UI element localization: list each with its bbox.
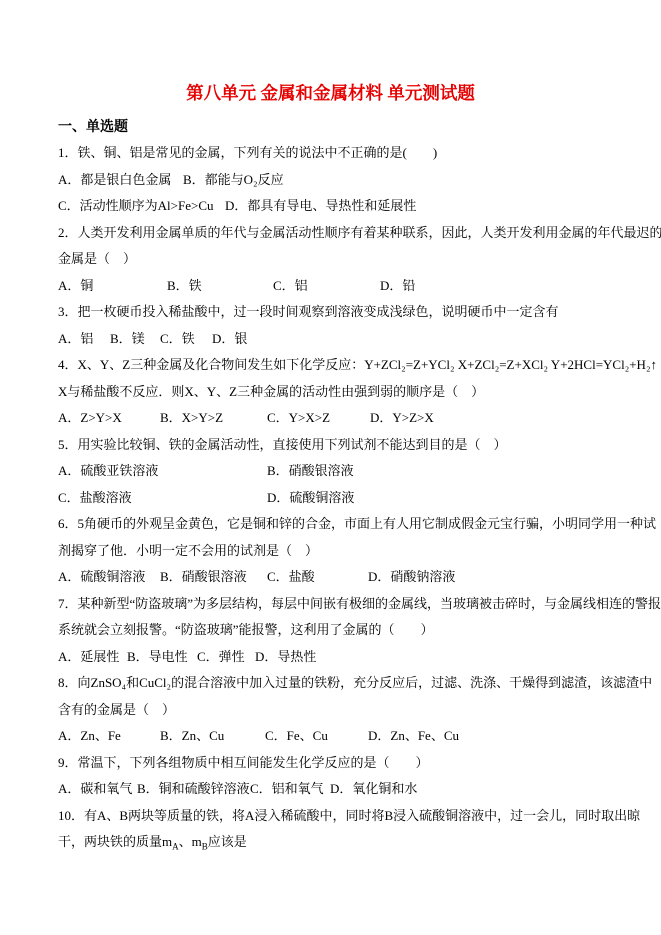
q4-option-a: A．Z>Y>X bbox=[58, 408, 122, 428]
q9-stem: 9．常温下，下列各组物质中相互间能发生化学反应的是（ ） bbox=[58, 753, 647, 780]
q6-option-b: B．硝酸银溶液 bbox=[160, 567, 247, 587]
q5-stem: 5．用实验比较铜、铁的金属活动性，直接使用下列试剂不能达到目的是（ ） bbox=[58, 435, 647, 462]
q8-option-d: D．Zn、Fe、Cu bbox=[368, 726, 459, 746]
page-title: 第八单元 金属和金属材料 单元测试题 bbox=[0, 0, 661, 104]
q10-stem-line2: 干，两块铁的质量mA、mB应该是 bbox=[58, 832, 647, 859]
q6-stem-line2: 剂揭穿了他．小明一定不会用的试剂是（ ） bbox=[58, 541, 647, 568]
q4-option-d: D．Y>Z>X bbox=[370, 408, 434, 428]
q6-stem-line1: 6．5角硬币的外观呈金黄色，它是铜和锌的合金，市面上有人用它制成假金元宝行骗，小… bbox=[58, 514, 647, 541]
q7-stem-line2: 系统就会立刻报警。“防盗玻璃”能报警，这利用了金属的（ ） bbox=[58, 620, 647, 647]
test-paper-page: 第八单元 金属和金属材料 单元测试题 一、单选题 1．铁、铜、铝是常见的金属，下… bbox=[0, 0, 661, 935]
q2-stem-line2: 金属是（ ） bbox=[58, 249, 647, 276]
q9-options-row: A．碳和氧气 B．铜和硫酸锌溶液 C．铝和氧气 D．氧化铜和水 bbox=[58, 779, 647, 806]
q2-options-row: A．铜 B．铁 C．铝 D．铅 bbox=[58, 276, 647, 303]
q4-stem-line1: 4．X、Y、Z三种金属及化合物间发生如下化学反应：Y+ZCl₂=Z+YCl₂ X… bbox=[58, 355, 647, 382]
q3-stem: 3．把一枚硬币投入稀盐酸中，过一段时间观察到溶液变成浅绿色，说明硬币中一定含有 bbox=[58, 302, 647, 329]
q5-options-row2: C．盐酸溶液 D．硫酸铜溶液 bbox=[58, 488, 647, 515]
q8-option-c: C．Fe、Cu bbox=[265, 726, 328, 746]
q7-stem-line1: 7．某种新型“防盗玻璃”为多层结构，每层中间嵌有极细的金属线，当玻璃被击碎时，与… bbox=[58, 594, 647, 621]
q7-option-c: C．弹性 bbox=[197, 647, 245, 667]
q6-option-a: A．硫酸铜溶液 bbox=[58, 567, 145, 587]
q6-option-d: D．硝酸钠溶液 bbox=[368, 567, 455, 587]
q8-option-b: B．Zn、Cu bbox=[160, 726, 224, 746]
q3-option-c: C．铁 bbox=[160, 329, 195, 349]
q8-options-row: A．Zn、Fe B．Zn、Cu C．Fe、Cu D．Zn、Fe、Cu bbox=[58, 726, 647, 753]
q5-options-row1: A．硫酸亚铁溶液 B．硝酸银溶液 bbox=[58, 461, 647, 488]
q7-option-b: B．导电性 bbox=[127, 647, 188, 667]
q7-option-a: A．延展性 bbox=[58, 647, 119, 667]
q1-options-row1: A．都是银白色金属 B．都能与O₂反应 bbox=[58, 170, 647, 197]
q1-option-c: C．活动性顺序为Al>Fe>Cu bbox=[58, 196, 214, 216]
q10-line2-text: 、m bbox=[179, 834, 202, 849]
q6-option-c: C．盐酸 bbox=[267, 567, 315, 587]
q8-option-a: A．Zn、Fe bbox=[58, 726, 121, 746]
q8-stem-line2: 含有的金属是（ ） bbox=[58, 700, 647, 727]
q4-option-c: C．Y>X>Z bbox=[267, 408, 330, 428]
q5-option-b: B．硝酸银溶液 bbox=[267, 461, 354, 481]
q3-options-row: A．铝 B．镁 C．铁 D．银 bbox=[58, 329, 647, 356]
q8-stem-line1: 8．向ZnSO₄和CuCl₂的混合溶液中加入过量的铁粉，充分反应后，过滤、洗涤、… bbox=[58, 673, 647, 700]
q7-options-row: A．延展性 B．导电性 C．弹性 D．导热性 bbox=[58, 647, 647, 674]
q4-stem-line2: X与稀盐酸不反应．则X、Y、Z三种金属的活动性由强到弱的顺序是（ ） bbox=[58, 382, 647, 409]
q1-stem: 1．铁、铜、铝是常见的金属，下列有关的说法中不正确的是( ) bbox=[58, 143, 647, 170]
q4-option-b: B．X>Y>Z bbox=[160, 408, 223, 428]
q10-stem-line1: 10．有A、B两块等质量的铁，将A浸入稀硫酸中，同时将B浸入硫酸铜溶液中，过一会… bbox=[58, 806, 647, 833]
q5-option-d: D．硫酸铜溶液 bbox=[267, 488, 354, 508]
q10-line2-text: 应该是 bbox=[208, 834, 247, 849]
q2-option-d: D．铅 bbox=[380, 276, 415, 296]
q9-option-c: C．铝和氧气 bbox=[250, 779, 324, 799]
q3-option-b: B．镁 bbox=[110, 329, 145, 349]
q4-options-row: A．Z>Y>X B．X>Y>Z C．Y>X>Z D．Y>Z>X bbox=[58, 408, 647, 435]
q2-stem-line1: 2．人类开发利用金属单质的年代与金属活动性顺序有着某种联系，因此，人类开发利用金… bbox=[58, 223, 647, 250]
q9-option-b: B．铜和硫酸锌溶液 bbox=[137, 779, 250, 799]
q1-options-row2: C．活动性顺序为Al>Fe>Cu D．都具有导电、导热性和延展性 bbox=[58, 196, 647, 223]
q1-option-a: A．都是银白色金属 bbox=[58, 170, 171, 190]
q6-options-row: A．硫酸铜溶液 B．硝酸银溶液 C．盐酸 D．硝酸钠溶液 bbox=[58, 567, 647, 594]
q3-option-a: A．铝 bbox=[58, 329, 93, 349]
q3-option-d: D．银 bbox=[212, 329, 247, 349]
q5-option-a: A．硫酸亚铁溶液 bbox=[58, 461, 158, 481]
q2-option-b: B．铁 bbox=[167, 276, 202, 296]
question-list: 1．铁、铜、铝是常见的金属，下列有关的说法中不正确的是( ) A．都是银白色金属… bbox=[0, 143, 661, 859]
q2-option-a: A．铜 bbox=[58, 276, 93, 296]
q1-option-b: B．都能与O₂反应 bbox=[183, 170, 284, 190]
q1-option-d: D．都具有导电、导热性和延展性 bbox=[225, 196, 416, 216]
q9-option-a: A．碳和氧气 bbox=[58, 779, 132, 799]
q2-option-c: C．铝 bbox=[273, 276, 308, 296]
q7-option-d: D．导热性 bbox=[255, 647, 316, 667]
q9-option-d: D．氧化铜和水 bbox=[330, 779, 417, 799]
q5-option-c: C．盐酸溶液 bbox=[58, 488, 132, 508]
q10-line2-text: 干，两块铁的质量m bbox=[58, 834, 172, 849]
section-header: 一、单选题 bbox=[58, 118, 661, 138]
